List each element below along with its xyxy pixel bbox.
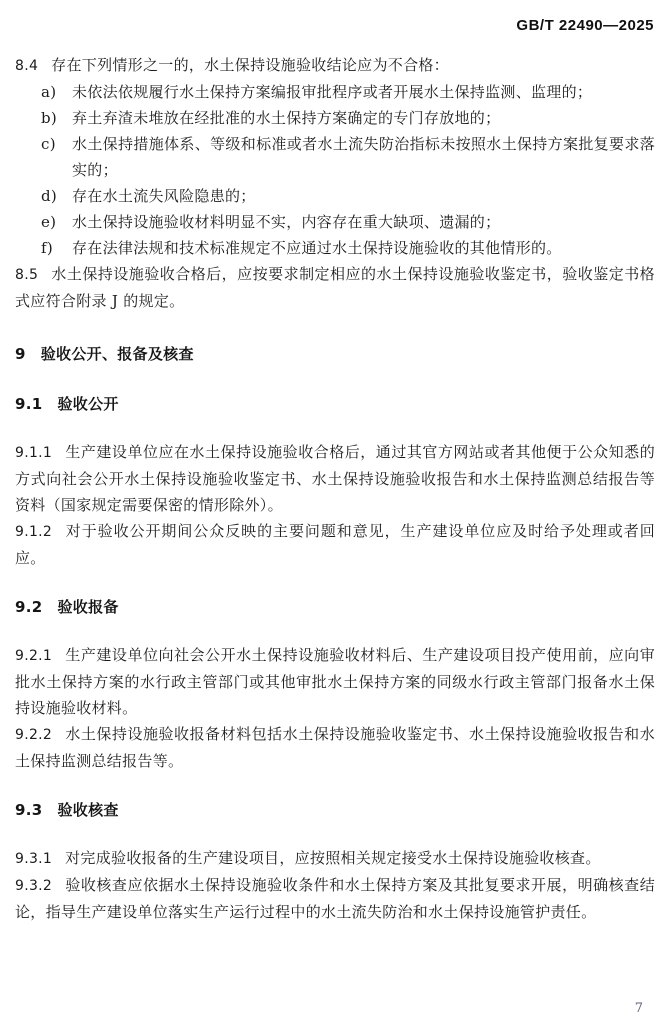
list-item-e: e) 水土保持设施验收材料明显不实，内容存在重大缺项、遗漏的； — [15, 209, 655, 235]
list-item-label: a) — [41, 79, 72, 105]
clause-8-4: 8.4存在下列情形之一的，水土保持设施验收结论应为不合格： — [15, 52, 655, 79]
section-heading-9-3: 9.3验收核查 — [15, 799, 655, 820]
list-item-c: c) 水土保持措施体系、等级和标准或者水土流失防治指标未按照水土保持方案批复要求… — [15, 131, 655, 183]
clause-9-3-1: 9.3.1对完成验收报备的生产建设项目，应按照相关规定接受水土保持设施验收核查。 — [15, 845, 655, 872]
document-body: 8.4存在下列情形之一的，水土保持设施验收结论应为不合格： a) 未依法依规履行… — [15, 52, 655, 925]
section-heading-9-2: 9.2验收报备 — [15, 596, 655, 617]
clause-9-1-1: 9.1.1生产建设单位应在水土保持设施验收合格后，通过其官方网站或者其他便于公众… — [15, 439, 655, 518]
section-title: 验收报备 — [57, 598, 118, 616]
clause-text: 存在下列情形之一的，水土保持设施验收结论应为不合格： — [51, 56, 449, 74]
section-heading-9: 9验收公开、报备及核查 — [15, 343, 655, 364]
section-heading-9-1: 9.1验收公开 — [15, 393, 655, 414]
page-number: 7 — [635, 1001, 643, 1016]
clause-number: 8.5 — [15, 267, 38, 283]
clause-8-5: 8.5水土保持设施验收合格后，应按要求制定相应的水土保持设施验收鉴定书，验收鉴定… — [15, 261, 655, 314]
list-item-a: a) 未依法依规履行水土保持方案编报审批程序或者开展水土保持监测、监理的； — [15, 79, 655, 105]
clause-9-2-1: 9.2.1生产建设单位向社会公开水土保持设施验收材料后、生产建设项目投产使用前，… — [15, 642, 655, 721]
list-item-text: 存在水土流失风险隐患的； — [72, 183, 655, 209]
standard-number-header: GB/T 22490—2025 — [516, 17, 654, 34]
section-number: 9 — [15, 345, 26, 363]
clause-number: 9.3.1 — [15, 851, 52, 867]
list-item-label: b) — [41, 105, 72, 131]
section-title: 验收公开、报备及核查 — [41, 345, 194, 363]
list-item-d: d) 存在水土流失风险隐患的； — [15, 183, 655, 209]
clause-text: 生产建设单位向社会公开水土保持设施验收材料后、生产建设项目投产使用前，应向审批水… — [15, 646, 655, 717]
list-item-b: b) 弃土弃渣未堆放在经批准的水土保持方案确定的专门存放地的； — [15, 105, 655, 131]
clause-number: 9.2.2 — [15, 727, 52, 743]
list-item-text: 水土保持措施体系、等级和标准或者水土流失防治指标未按照水土保持方案批复要求落实的… — [72, 131, 655, 183]
clause-9-3-2: 9.3.2验收核查应依据水土保持设施验收条件和水土保持方案及其批复要求开展，明确… — [15, 872, 655, 925]
list-item-label: f) — [41, 235, 72, 261]
list-item-text: 弃土弃渣未堆放在经批准的水土保持方案确定的专门存放地的； — [72, 105, 655, 131]
clause-number: 9.3.2 — [15, 878, 52, 894]
clause-text: 生产建设单位应在水土保持设施验收合格后，通过其官方网站或者其他便于公众知悉的方式… — [15, 443, 655, 514]
clause-text: 水土保持设施验收报备材料包括水土保持设施验收鉴定书、水土保持设施验收报告和水土保… — [15, 725, 655, 770]
section-number: 9.1 — [15, 395, 42, 413]
list-item-label: e) — [41, 209, 72, 235]
clause-text: 对完成验收报备的生产建设项目，应按照相关规定接受水土保持设施验收核查。 — [65, 849, 601, 867]
list-item-text: 存在法律法规和技术标准规定不应通过水土保持设施验收的其他情形的。 — [72, 235, 655, 261]
clause-number: 9.2.1 — [15, 648, 52, 664]
list-item-label: d) — [41, 183, 72, 209]
section-title: 验收核查 — [57, 801, 118, 819]
clause-text: 对于验收公开期间公众反映的主要问题和意见，生产建设单位应及时给予处理或者回应。 — [15, 522, 655, 567]
clause-number: 9.1.2 — [15, 524, 52, 540]
list-item-text: 未依法依规履行水土保持方案编报审批程序或者开展水土保持监测、监理的； — [72, 79, 655, 105]
clause-number: 8.4 — [15, 58, 38, 74]
clause-8-4-list: a) 未依法依规履行水土保持方案编报审批程序或者开展水土保持监测、监理的； b)… — [15, 79, 655, 261]
section-title: 验收公开 — [57, 395, 118, 413]
list-item-label: c) — [41, 131, 72, 183]
section-number: 9.2 — [15, 598, 42, 616]
list-item-text: 水土保持设施验收材料明显不实，内容存在重大缺项、遗漏的； — [72, 209, 655, 235]
document-page: GB/T 22490—2025 8.4存在下列情形之一的，水土保持设施验收结论应… — [0, 0, 670, 1029]
clause-text: 验收核查应依据水土保持设施验收条件和水土保持方案及其批复要求开展，明确核查结论，… — [15, 876, 655, 921]
clause-text: 水土保持设施验收合格后，应按要求制定相应的水土保持设施验收鉴定书，验收鉴定书格式… — [15, 265, 655, 310]
section-number: 9.3 — [15, 801, 42, 819]
clause-9-1-2: 9.1.2对于验收公开期间公众反映的主要问题和意见，生产建设单位应及时给予处理或… — [15, 518, 655, 571]
clause-number: 9.1.1 — [15, 445, 52, 461]
list-item-f: f) 存在法律法规和技术标准规定不应通过水土保持设施验收的其他情形的。 — [15, 235, 655, 261]
clause-9-2-2: 9.2.2水土保持设施验收报备材料包括水土保持设施验收鉴定书、水土保持设施验收报… — [15, 721, 655, 774]
